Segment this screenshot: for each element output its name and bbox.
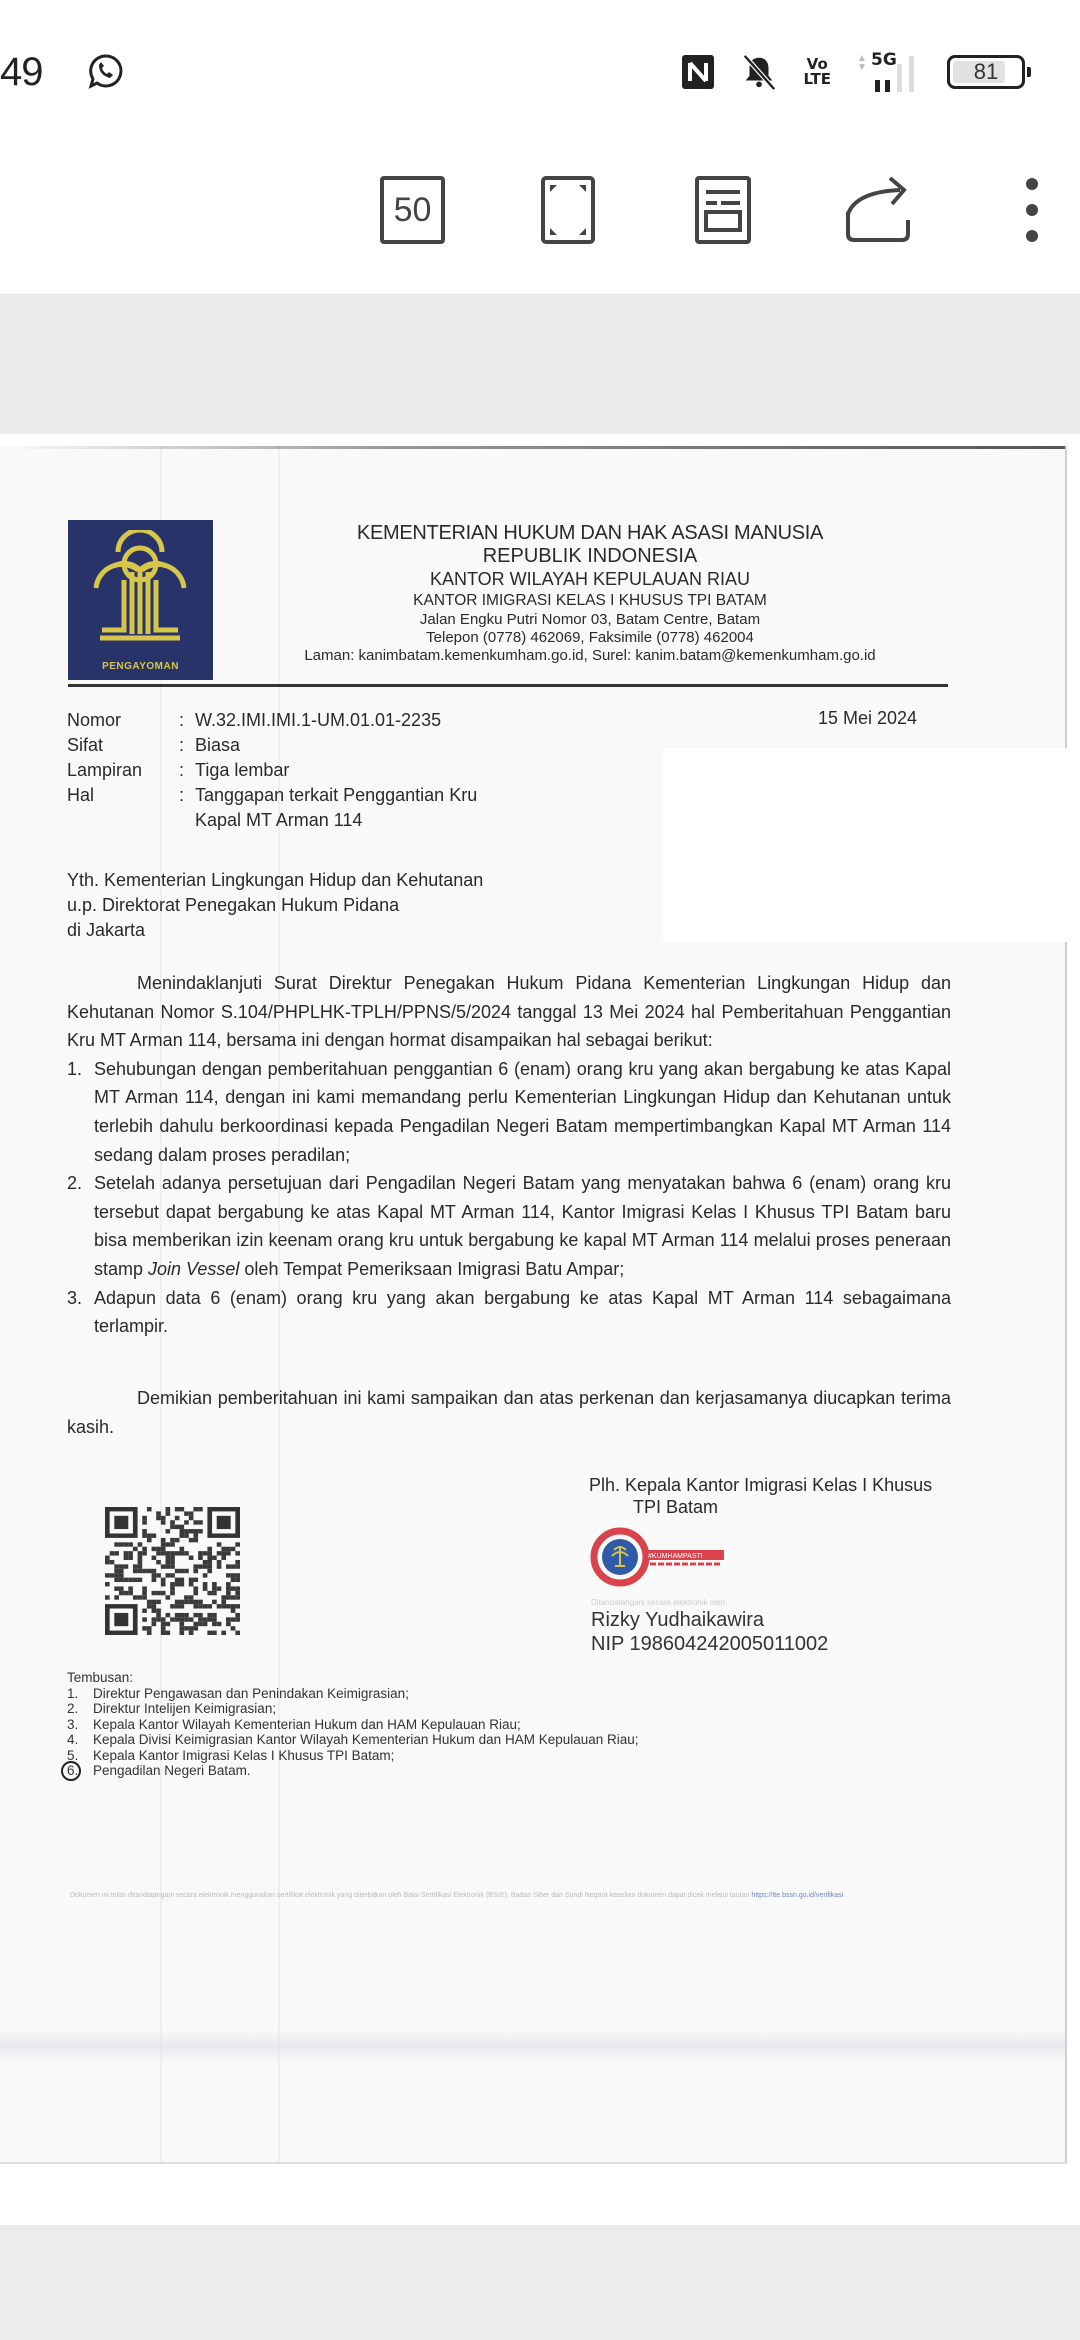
letterhead-address: Jalan Engku Putri Nomor 03, Batam Centre…: [220, 611, 960, 628]
reader-mode-icon: [695, 176, 751, 244]
letter-body: Menindaklanjuti Surat Direktur Penegakan…: [67, 969, 951, 1341]
meta-hal: Hal : Tanggapan terkait Penggantian Kru …: [67, 783, 635, 833]
letterhead: KEMENTERIAN HUKUM DAN HAK ASASI MANUSIA …: [220, 522, 960, 664]
letter-meta: Nomor : W.32.IMI.IMI.1-UM.01.01-2235 Sif…: [67, 708, 635, 833]
cc-title: Tembusan:: [67, 1670, 639, 1686]
cc-item: 6.Pengadilan Negeri Batam.: [67, 1763, 639, 1779]
e-signature-footer: Dokumen ini telah ditandatangani secara …: [70, 1890, 970, 1902]
status-bar: 49 VoLTE ▲▼ 5G 81: [0, 0, 1080, 140]
page-number-label: 50: [394, 191, 432, 230]
point-item: 1. Sehubungan dengan pemberitahuan pengg…: [67, 1055, 951, 1169]
points-list: 1. Sehubungan dengan pemberitahuan pengg…: [67, 1055, 951, 1341]
battery-icon: 81: [947, 55, 1025, 89]
redaction-block: [663, 748, 1067, 942]
signatory-title: Plh. Kepala Kantor Imigrasi Kelas I Khus…: [589, 1474, 932, 1518]
ministry-logo: PENGAYOMAN: [68, 520, 213, 680]
handwritten-circle: [61, 1761, 81, 1781]
5g-signal-icon: ▲▼ 5G: [857, 52, 921, 92]
viewer-toolbar: 50: [0, 140, 1080, 294]
cc-item: 5.Kepala Kantor Imigrasi Kelas I Khusus …: [67, 1748, 639, 1764]
point-item: 3. Adapun data 6 (enam) orang kru yang a…: [67, 1284, 951, 1341]
volte-icon: VoLTE: [803, 53, 831, 91]
letterhead-web-email: Laman: kanimbatam.kemenkumham.go.id, Sur…: [220, 647, 960, 664]
seal-note: Ditandatangani secara elektronik oleh:: [591, 1598, 727, 1607]
cc-item: 3.Kepala Kantor Wilayah Kementerian Huku…: [67, 1717, 639, 1733]
status-icons: VoLTE ▲▼ 5G 81: [681, 50, 1025, 94]
more-vertical-icon: [1022, 174, 1042, 246]
page-number-button[interactable]: 50: [380, 176, 445, 244]
more-options-button[interactable]: [1012, 176, 1052, 244]
qr-code[interactable]: [105, 1507, 240, 1635]
letterhead-rule: [68, 684, 948, 687]
share-icon: [842, 174, 914, 246]
closing-paragraph: Demikian pemberitahuan ini kami sampaika…: [67, 1384, 951, 1441]
meta-sifat: Sifat : Biasa: [67, 733, 635, 758]
svg-text:#KUMHAMPASTI: #KUMHAMPASTI: [648, 1553, 703, 1560]
whatsapp-icon: [86, 52, 124, 90]
document-page[interactable]: PENGAYOMAN KEMENTERIAN HUKUM DAN HAK ASA…: [0, 446, 1067, 2164]
letterhead-ministry: KEMENTERIAN HUKUM DAN HAK ASASI MANUSIA: [220, 522, 960, 545]
meta-lampiran: Lampiran : Tiga lembar: [67, 758, 635, 783]
cc-item: 1.Direktur Pengawasan dan Penindakan Kei…: [67, 1686, 639, 1702]
recipient: Yth. Kementerian Lingkungan Hidup dan Ke…: [67, 868, 483, 943]
recipient-line: di Jakarta: [67, 918, 483, 943]
letter-date: 15 Mei 2024: [818, 708, 917, 729]
signer-name: Rizky Yudhaikawira: [591, 1608, 828, 1632]
crop-frame-button[interactable]: [541, 176, 595, 244]
viewer-gap-bottom: [0, 2225, 1080, 2340]
reader-mode-button[interactable]: [695, 176, 751, 244]
viewer-gap: [0, 294, 1080, 434]
pengayoman-tree-icon: [80, 530, 200, 650]
verification-link[interactable]: https://tte.bssn.go.id/verifikasi: [751, 1892, 843, 1899]
recipient-line: u.p. Direktorat Penegakan Hukum Pidana: [67, 893, 483, 918]
letterhead-phone: Telepon (0778) 462069, Faksimile (0778) …: [220, 629, 960, 646]
cc-item: 2.Direktur Intelijen Keimigrasian;: [67, 1701, 639, 1717]
letterhead-country: REPUBLIK INDONESIA: [220, 545, 960, 568]
letterhead-regional-office: KANTOR WILAYAH KEPULAUAN RIAU: [220, 569, 960, 590]
nfc-icon: [681, 53, 715, 91]
e-signature-seal: #KUMHAMPASTI: [590, 1526, 730, 1588]
point-item: 2. Setelah adanya persetujuan dari Penga…: [67, 1169, 951, 1283]
cc-item: 4.Kepala Divisi Keimigrasian Kantor Wila…: [67, 1732, 639, 1748]
meta-nomor: Nomor : W.32.IMI.IMI.1-UM.01.01-2235: [67, 708, 635, 733]
carbon-copy: Tembusan: 1.Direktur Pengawasan dan Peni…: [67, 1670, 639, 1779]
share-button[interactable]: [842, 176, 914, 244]
bell-muted-icon: [741, 53, 777, 91]
signer-nip: NIP 198604242005011002: [591, 1632, 828, 1656]
letterhead-office: KANTOR IMIGRASI KELAS I KHUSUS TPI BATAM: [220, 592, 960, 610]
opening-paragraph: Menindaklanjuti Surat Direktur Penegakan…: [67, 969, 951, 1055]
letter: PENGAYOMAN KEMENTERIAN HUKUM DAN HAK ASA…: [0, 446, 1067, 2162]
crop-frame-icon: [541, 176, 595, 244]
status-time: 49: [0, 50, 43, 95]
signer: Rizky Yudhaikawira NIP 19860424200501100…: [591, 1608, 828, 1656]
logo-motto: PENGAYOMAN: [68, 661, 213, 672]
recipient-line: Yth. Kementerian Lingkungan Hidup dan Ke…: [67, 868, 483, 893]
